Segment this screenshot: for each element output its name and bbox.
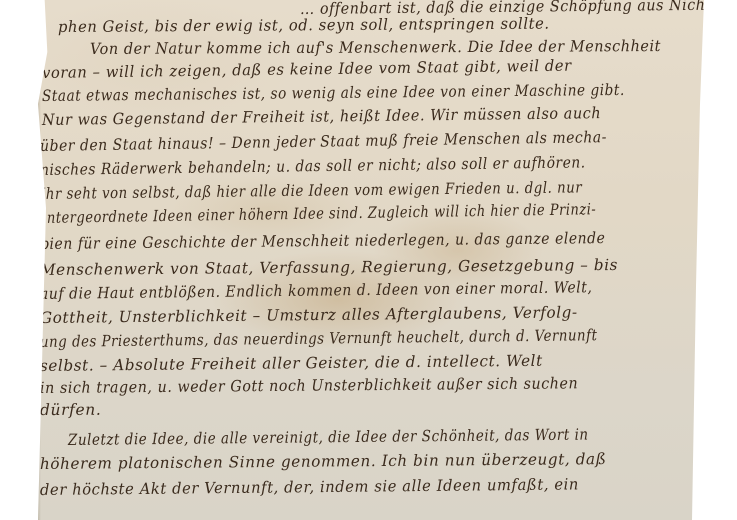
manuscript-line-9: Ihr seht von selbst, daß hier alle die I… [40,178,582,203]
manuscript-line-7: über den Staat hinaus! – Denn jeder Staa… [40,128,607,155]
manuscript-line-16: selbst. – Absolute Freiheit aller Geiste… [40,352,543,375]
page-left-edge [38,0,41,520]
manuscript-line-8: nisches Räderwerk behandeln; u. das soll… [40,153,586,179]
manuscript-line-17: in sich tragen, u. weder Gott noch Unste… [40,374,578,397]
manuscript-line-15: ung des Priesterthums, das neuerdings Ve… [40,326,598,351]
manuscript-line-2: phen Geist, bis der ewig ist, od. seyn s… [58,15,550,36]
manuscript-line-3: Von der Natur komme ich auf's Menschenwe… [90,37,661,58]
manuscript-line-10: untergeordnete Ideen einer höhern Idee s… [38,200,597,227]
manuscript-line-13: auf die Haut entblößen. Endlich kommen d… [40,278,593,303]
manuscript-line-5: Staat etwas mechanisches ist, so wenig a… [42,81,625,105]
manuscript-line-4: voran – will ich zeigen, daß es keine Id… [42,57,572,82]
manuscript-line-6: Nur was Gegenstand der Freiheit ist, hei… [42,104,601,129]
manuscript-line-21: der höchste Akt der Vernunft, der, indem… [40,475,579,499]
manuscript-line-12: Menschenwerk von Staat, Verfassung, Regi… [40,256,618,279]
manuscript-page: … offenbart ist, daß die einzige Schöpfu… [38,0,704,520]
manuscript-line-19: Zuletzt die Idee, die alle vereinigt, di… [68,426,589,449]
manuscript-line-18: dürfen. [40,401,101,419]
manuscript-line-20: höherem platonischen Sinne genommen. Ich… [40,450,607,473]
manuscript-line-14: Gottheit, Unsterblichkeit – Umsturz alle… [40,303,578,327]
manuscript-line-11: pien für eine Geschichte der Menschheit … [40,229,606,253]
